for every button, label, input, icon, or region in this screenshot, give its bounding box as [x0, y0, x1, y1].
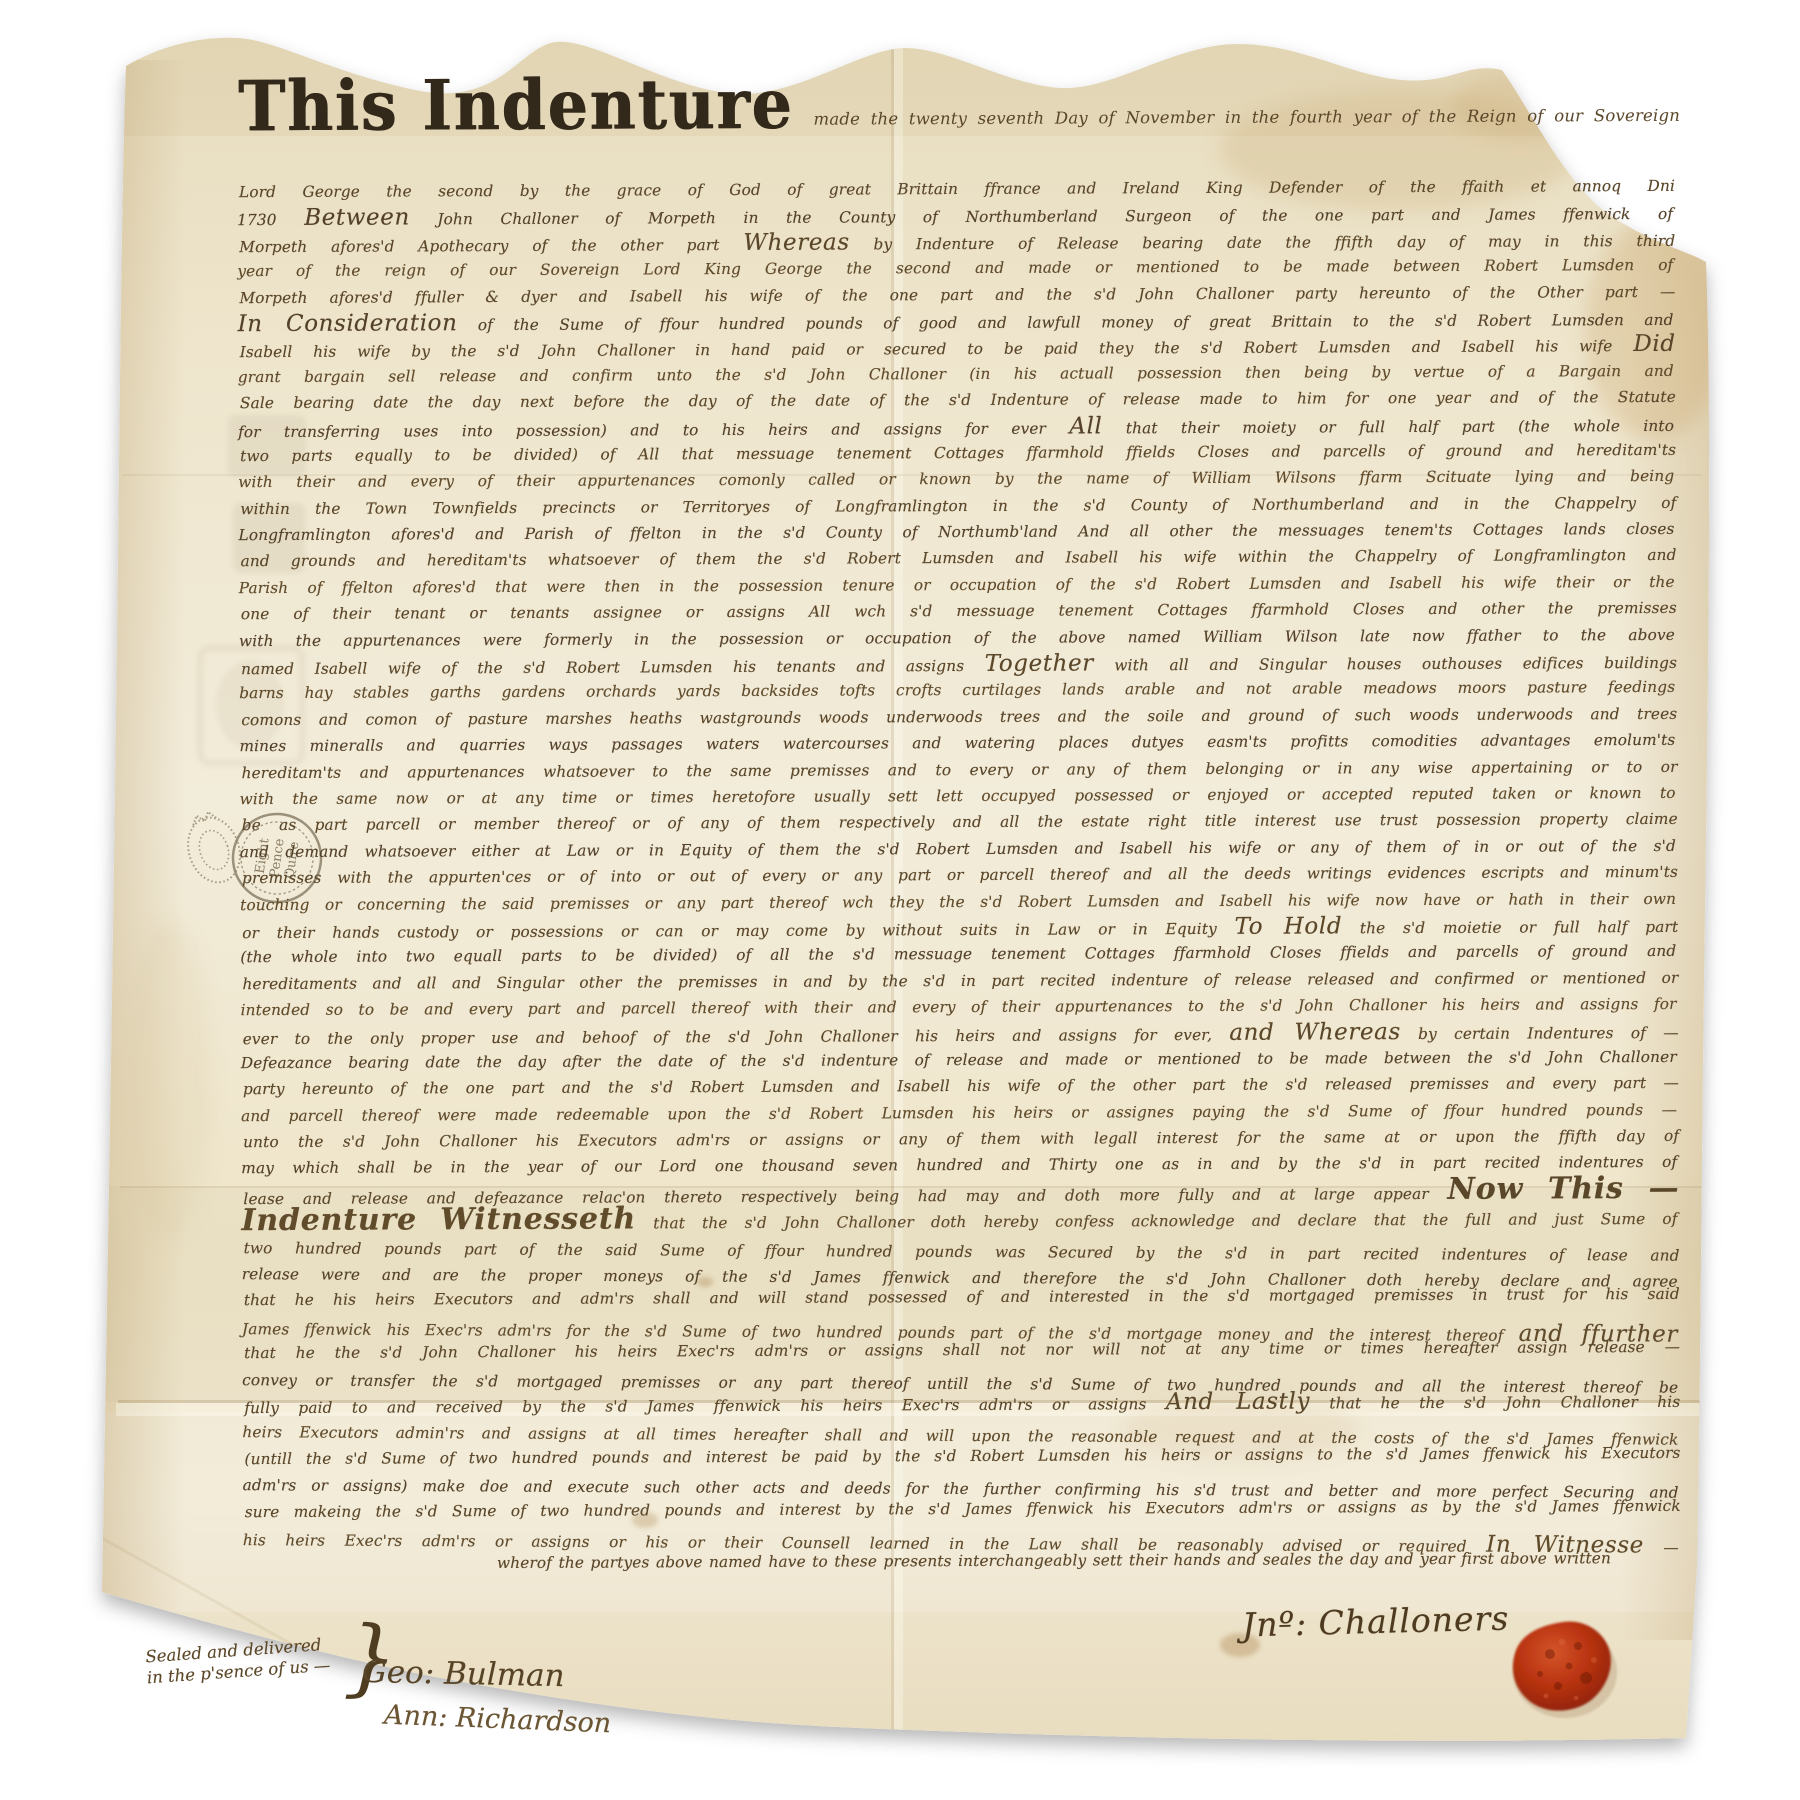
scanned-indenture-photo: Eight Pence Quire This Indenture made th… [0, 0, 1800, 1800]
signature-john-challoner: Jnº: Challoners [1242, 1599, 1510, 1645]
witness-signature: Geo: Bulman [362, 1654, 565, 1694]
manuscript-line: that he his heirs Executors and adm'rs s… [244, 1281, 1680, 1314]
document-heading: This Indenture made the twenty seventh D… [238, 63, 1680, 143]
manuscript-lines: Lord George the second by the grace of G… [237, 173, 1679, 1578]
manuscript-line: (untill the s'd Sume of two hundred poun… [244, 1440, 1680, 1473]
wax-seal [1506, 1616, 1624, 1722]
manuscript-line: sure makeing the s'd Sume of two hundred… [245, 1492, 1681, 1525]
page-title: This Indenture [238, 63, 794, 147]
manuscript-line: lease and release and defeazance relac'o… [243, 1176, 1679, 1209]
manuscript-line: fully paid to and received by the s'd Ja… [244, 1387, 1680, 1420]
manuscript-line: that he the s'd John Challoner his heirs… [244, 1334, 1680, 1367]
heading-continuation: made the twenty seventh Day of November … [813, 106, 1680, 129]
